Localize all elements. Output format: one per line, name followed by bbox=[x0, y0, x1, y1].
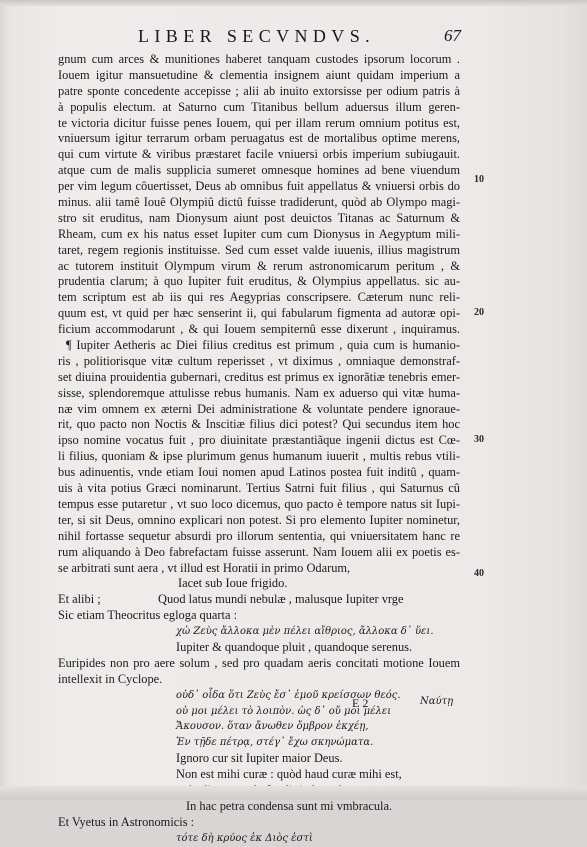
text-line: tem scriptum est ab iis qui res Aegypria… bbox=[58, 290, 460, 306]
euripides-latin-verse: Non est mihi curæ : quòd haud curæ mihi … bbox=[58, 767, 460, 783]
et-alibi-label: Et alibi ; bbox=[58, 592, 158, 608]
text-line: ac tutorem instituit Olympum virum & rer… bbox=[58, 259, 460, 275]
text-line: qui cum virtute & viribus præstaret faci… bbox=[58, 147, 460, 163]
euripides-latin-verse: Ignoro cur sit Iupiter maior Deus. bbox=[58, 751, 460, 767]
body-text: gnum cum arces & munitiones haberet tanq… bbox=[58, 52, 460, 800]
text-line: Rheam, cum ex his natus esset Iupiter cu… bbox=[58, 227, 460, 243]
text-line: se arbitrati sunt aera , vt illud est Ho… bbox=[58, 561, 460, 577]
text-line: taret, regem regionis instituisse. Sed c… bbox=[58, 243, 460, 259]
text-line: patre sponte concedente accepisse ; alii… bbox=[58, 84, 460, 100]
theocritus-latin: Iupiter & quandoque pluit , quandoque se… bbox=[58, 640, 460, 656]
et-alibi-line: Et alibi ;Quod latus mundi nebulæ , malu… bbox=[58, 592, 460, 608]
text-line: ipso nomine vocatus fuit , pro diuinitat… bbox=[58, 433, 460, 449]
text-line: à populis electum. at Saturno cum Titani… bbox=[58, 100, 460, 116]
euripides-greek-verse: Ἐν τῇδε πέτρᾳ, στέγ᾽ ἔχω σκηνώματα. bbox=[58, 735, 460, 751]
text-line: tempus esse putaretur , vt suo loco dice… bbox=[58, 497, 460, 513]
text-line: set diuina prouidentia gubernari, credit… bbox=[58, 370, 460, 386]
text-line: nihil fortasse sequetur absurdi pro illo… bbox=[58, 529, 460, 545]
text-line: sisse, splendoremque attulisse rebus hum… bbox=[58, 386, 460, 402]
text-line: ris , politiorisque vitæ cultum reperiss… bbox=[58, 354, 460, 370]
text-line: ficium accommodarunt , & qui Iouem sempi… bbox=[58, 322, 460, 338]
book-page: LIBER SECVNDVS. 67 gnum cum arces & muni… bbox=[0, 0, 587, 800]
et-alibi-verse: Quod latus mundi nebulæ , malusque Iupit… bbox=[158, 592, 403, 606]
horace-verse: Iacet sub Ioue frigido. bbox=[58, 576, 460, 592]
text-line: prudentia clarum; à quo Iupiter fuit eru… bbox=[58, 274, 460, 290]
text-line: uis à vita potius Græci nominarunt. Tert… bbox=[58, 481, 460, 497]
paragraph-start-line: ¶ Iupiter Aetheris ac Diei filius credit… bbox=[58, 338, 460, 354]
text-line: li filius, quoniam & ipse plurimum genus… bbox=[58, 449, 460, 465]
margin-line-number: 30 bbox=[474, 434, 484, 445]
text-line: rit, quo pacto non Noctis & Inscitiæ fil… bbox=[58, 417, 460, 433]
page-bottom-edge bbox=[0, 786, 587, 800]
text-line: minus. alii tamê Iouê Olympiû dictû fuis… bbox=[58, 195, 460, 211]
text-line: per vim legum côuertisset, Deus ab omnib… bbox=[58, 179, 460, 195]
running-head: LIBER SECVNDVS. 67 bbox=[0, 26, 587, 50]
margin-line-number: 40 bbox=[474, 568, 484, 579]
euripides-line: intellexit in Cyclope. bbox=[58, 672, 460, 688]
text-line: rum aliquando à Deo fabrefactam fuisse a… bbox=[58, 545, 460, 561]
theocritus-intro: Sic etiam Theocritus egloga quarta : bbox=[58, 608, 460, 624]
catchword: Ναύτῃ bbox=[420, 696, 453, 707]
page-number: 67 bbox=[444, 26, 461, 46]
page-top-edge bbox=[0, 0, 587, 6]
text-line: atque cum de malis supplicia sumeret omn… bbox=[58, 163, 460, 179]
margin-line-number: 20 bbox=[474, 307, 484, 318]
text-line: te victoria dicitur fuisse penes Iouem, … bbox=[58, 116, 460, 132]
text-line: næ vim omnem ex æterni Dei administratio… bbox=[58, 402, 460, 418]
signature-mark: E 2 bbox=[352, 696, 368, 711]
margin-line-number: 10 bbox=[474, 174, 484, 185]
text-line: ter, si sit Deus, omnino explicari non p… bbox=[58, 513, 460, 529]
text-line: bus adinuentis, vnde etiam Ioui nomen ap… bbox=[58, 465, 460, 481]
euripides-greek-verse: οὐ μοι μέλει τὸ λοιπὸν. ὡς δ᾽ οὔ μοι μέλ… bbox=[58, 704, 460, 720]
text-line: stro sit eruditus, nam Dionysum aiunt po… bbox=[58, 211, 460, 227]
euripides-line: Euripides non pro aere solum , sed pro q… bbox=[58, 656, 460, 672]
theocritus-greek: χὠ Ζεὺς ἄλλοκα μὲν πέλει αἴθριος, ἄλλοκα… bbox=[58, 624, 460, 640]
text-line: gnum cum arces & munitiones haberet tanq… bbox=[58, 52, 460, 68]
text-line: Iouem igitur mansuetudine & clementia in… bbox=[58, 68, 460, 84]
text-line: quum est, vt quid per hæc senserint ii, … bbox=[58, 306, 460, 322]
text-line: vniuersum igitur terrarum orbam peruagat… bbox=[58, 131, 460, 147]
euripides-greek-verse: Ἄκουσον. ὅταν ἄνωθεν ὄμβρον ἐκχέῃ, bbox=[58, 719, 460, 735]
running-head-title: LIBER SECVNDVS. bbox=[138, 26, 375, 47]
euripides-greek-verse: οὐδ᾽ οἶδα ὅτι Ζεὺς ἔσ᾽ ἐμοῦ κρείσσων θεό… bbox=[58, 688, 460, 704]
